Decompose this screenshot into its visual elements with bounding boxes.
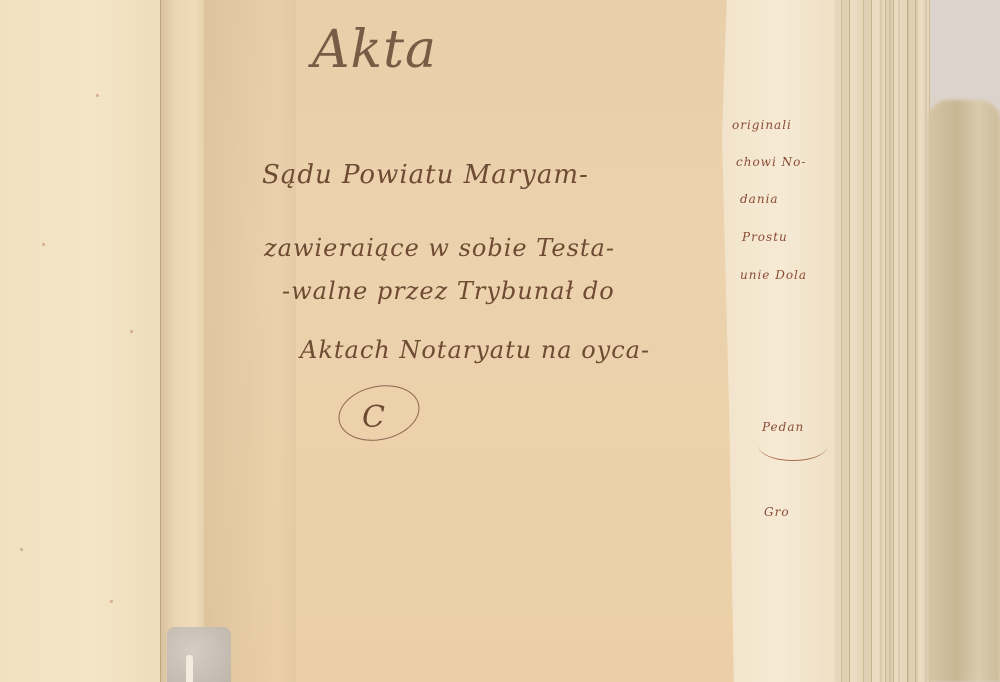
back-leaves — [928, 100, 1000, 682]
flourish-letter: C — [362, 400, 386, 435]
page-weight-tab — [186, 655, 193, 682]
manuscript-photo: pot ta chou ne Akta Sądu Powiatu Maryam-… — [0, 0, 1000, 682]
felt-page-weight — [167, 627, 231, 682]
leaf-fold-shadow — [204, 0, 296, 682]
right-page-strip — [722, 0, 840, 682]
strip-text: originali — [732, 118, 792, 132]
book-gutter — [160, 0, 209, 682]
strip-text: dania — [740, 192, 779, 206]
manuscript-line: Aktach Notaryatu na oyca- — [300, 336, 650, 364]
background — [930, 0, 1000, 110]
manuscript-line: -walne przez Trybunał do — [282, 277, 615, 305]
strip-text: unie Dola — [740, 268, 807, 282]
document-heading: Akta — [312, 20, 437, 80]
margin-underline — [758, 430, 828, 461]
strip-text: Gro — [764, 505, 790, 519]
strip-text: Prostu — [742, 230, 788, 244]
manuscript-line: Sądu Powiatu Maryam- — [262, 160, 589, 190]
strip-text: chowi No- — [736, 155, 806, 169]
left-flyleaf — [0, 0, 168, 682]
manuscript-line: zawieraiące w sobie Testa- — [264, 234, 615, 262]
page-edges-shadow — [880, 0, 934, 682]
